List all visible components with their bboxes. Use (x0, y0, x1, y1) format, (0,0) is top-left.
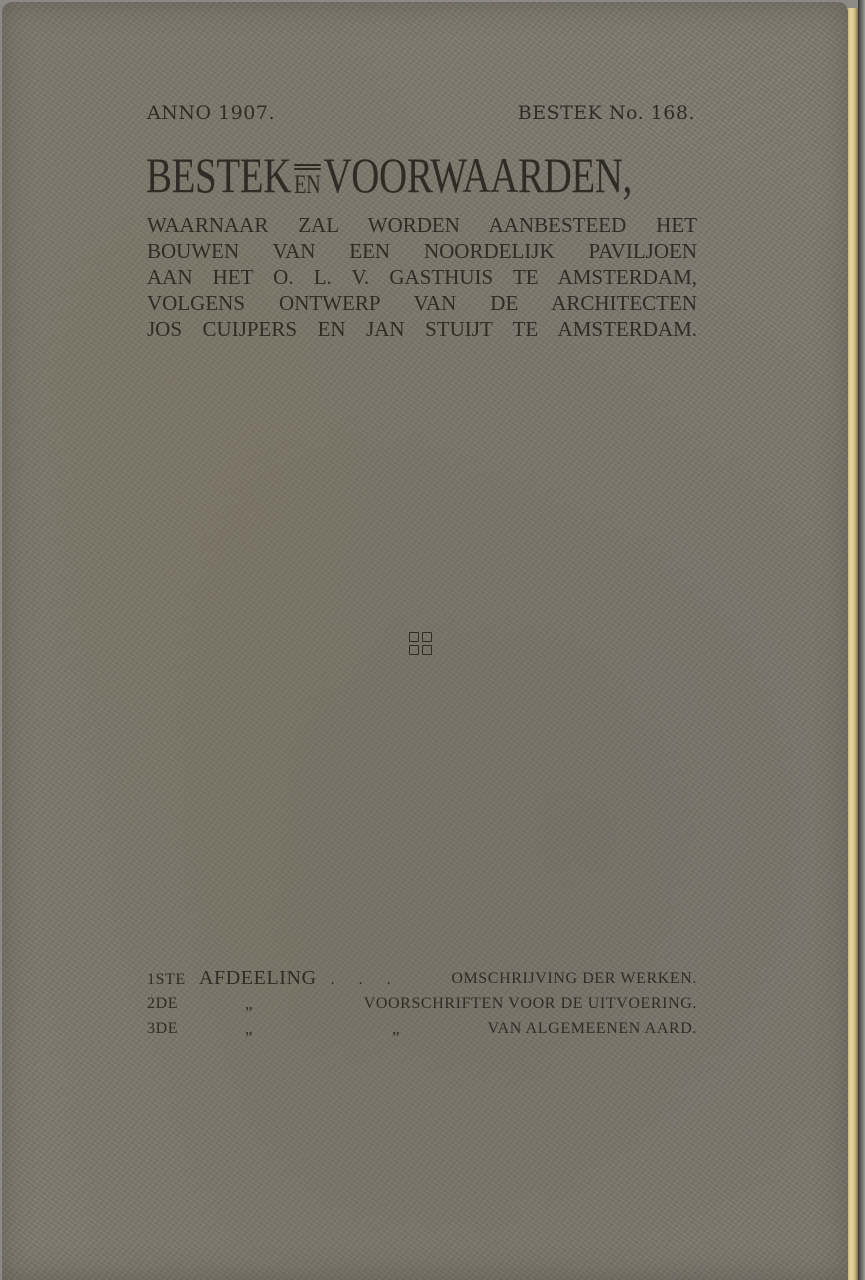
section-leader: . . . (331, 967, 401, 992)
year-label: ANNO 1907. (147, 102, 275, 124)
section-row: 2DE „ VOORSCHRIFTEN VOOR DE UITVOERING. (147, 991, 697, 1016)
subtitle-line: BOUWEN VAN EEN NOORDELIJK PAVILJOEN (147, 238, 697, 264)
section-list: 1STE AFDEELING . . . OMSCHRIJVING DER WE… (147, 966, 697, 1041)
subtitle-line: AAN HET O. L. V. GASTHUIS TE AMSTERDAM, (147, 264, 697, 290)
book-cover: ANNO 1907. BESTEK No. 168. BESTEK EN VOO… (2, 2, 848, 1280)
section-ditto: „ (245, 1016, 253, 1041)
cover-subtitle: WAARNAAR ZAL WORDEN AANBESTEED HET BOUWE… (147, 212, 697, 342)
section-number: 1STE (147, 967, 199, 992)
subtitle-line: WAARNAAR ZAL WORDEN AANBESTEED HET (147, 212, 697, 238)
section-ditto: „ (392, 1016, 400, 1041)
title-conjunction: EN (294, 164, 320, 198)
section-number: 2DE (147, 991, 207, 1016)
subtitle-line: JOS CUIJPERS EN JAN STUIJT TE AMSTERDAM. (147, 316, 697, 342)
cover-title: BESTEK EN VOORWAARDEN, (146, 150, 577, 200)
section-ditto: „ (245, 991, 253, 1016)
specification-number: BESTEK No. 168. (518, 102, 695, 124)
section-row: 1STE AFDEELING . . . OMSCHRIJVING DER WE… (147, 966, 697, 991)
four-square-ornament-icon (409, 632, 435, 656)
scan-border (858, 0, 865, 1280)
subtitle-line: VOLGENS ONTWERP VAN DE ARCHITECTEN (147, 290, 697, 316)
section-number: 3DE (147, 1016, 207, 1041)
cover-header: ANNO 1907. BESTEK No. 168. (147, 102, 695, 124)
section-description: VOORSCHRIFTEN VOOR DE UITVOERING. (364, 991, 697, 1016)
title-part-2: VOORWAARDEN, (324, 150, 632, 200)
section-description: VAN ALGEMEENEN AARD. (488, 1016, 697, 1041)
section-row: 3DE „ „ VAN ALGEMEENEN AARD. (147, 1016, 697, 1041)
title-part-1: BESTEK (146, 150, 291, 200)
section-description: OMSCHRIJVING DER WERKEN. (451, 966, 697, 991)
section-label: AFDEELING (199, 966, 317, 991)
